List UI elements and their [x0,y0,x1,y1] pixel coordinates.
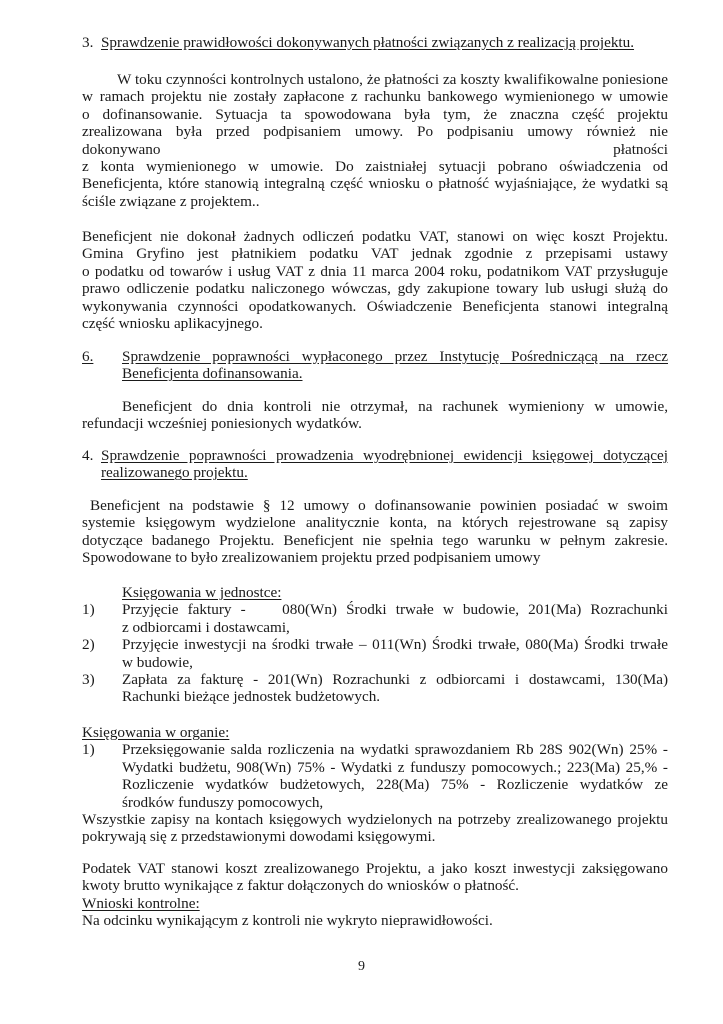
unit-postings: Księgowania w jednostce: 1) Przyjęcie fa… [82,584,668,706]
text-line: zrealizowana była przed podpisaniem umow… [82,123,668,140]
document-page: 3. Sprawdzenie prawidłowości dokonywanyc… [0,0,723,1024]
text-line: prawo odliczenie podatku naliczonego wów… [82,280,668,297]
text-line: W toku czynności kontrolnych ustalono, ż… [82,71,668,88]
text-line: ściśle związane z projektem.. [82,193,668,210]
text-line: Przyjęcie faktury - 080(Wn) Środki trwał… [122,601,668,618]
list-number: 2) [82,636,95,653]
text-line: z odbiorcami i dostawcami, [122,619,668,636]
section-4-title-line: realizowanego projektu. [101,464,248,481]
organ-postings: Księgowania w organie: 1) Przeksięgowani… [82,724,668,846]
section-6-number: 6. [82,348,93,365]
text-line: pokrywają się z przedstawionymi dowodami… [82,828,668,845]
text-line: Zapłata za fakturę - 201(Wn) Rozrachunki… [122,671,668,688]
section-3-paragraph-1: W toku czynności kontrolnych ustalono, ż… [82,71,668,210]
text-line: Spowodowane to było zrealizowaniem proje… [82,549,668,566]
text-line: Wszystkie zapisy na kontach księgowych w… [82,811,668,828]
text-line: wykonywania czynności opodatkowanych. Oś… [82,298,668,315]
text-line: Beneficjent na podstawie § 12 umowy o do… [82,497,668,514]
text-line: Podatek VAT stanowi koszt zrealizowanego… [82,860,668,877]
list-item: 2) Przyjęcie inwestycji na środki trwałe… [82,636,668,671]
text-line: środków funduszy pomocowych, [122,794,668,811]
section-4-number: 4. [82,447,93,464]
text-line: Wydatki budżetu, 908(Wn) 75% - Wydatki z… [122,759,668,776]
text-line: z konta wymienionego w umowie. Do zaistn… [82,158,668,175]
section-4-heading: 4. Sprawdzenie poprawności prowadzenia w… [82,447,668,482]
text-line: Rozliczenie wydatków budżetowych, 228(Ma… [122,776,668,793]
text-line: dokonywano płatności [82,141,668,158]
section-3-title: Sprawdzenie prawidłowości dokonywanych p… [101,34,634,51]
section-6-paragraph: Beneficjent do dnia kontroli nie otrzyma… [82,398,668,433]
text-line: systemie księgowym wydzielone analityczn… [82,514,668,531]
section-4-paragraph: Beneficjent na podstawie § 12 umowy o do… [82,497,668,567]
section-3-paragraph-2: Beneficjent nie dokonał żadnych odliczeń… [82,228,668,332]
text-line: Przyjęcie inwestycji na środki trwałe – … [122,636,668,653]
text-line: w budowie, [122,654,668,671]
text-fragment: płatności [613,141,668,158]
section-6-title-line: Beneficjenta dofinansowania. [122,365,303,382]
section-3-number: 3. [82,34,93,51]
text-line: dotyczące badanego Projektu. Beneficjent… [82,532,668,549]
page-number: 9 [0,958,723,975]
section-4-title-line: Sprawdzenie poprawności prowadzenia wyod… [101,447,668,464]
list-number: 1) [82,601,95,618]
section-3-heading: 3. Sprawdzenie prawidłowości dokonywanyc… [82,34,668,51]
list-item: 1) Przeksięgowanie salda rozliczenia na … [82,741,668,811]
section-6-title-line: Sprawdzenie poprawności wypłaconego prze… [122,348,668,365]
text-line: w ramach projektu nie zostały zapłacone … [82,88,668,105]
text-line: Rachunki bieżące jednostek budżetowych. [122,688,668,705]
text-line: o dofinansowanie. Sytuacja ta spowodowan… [82,106,668,123]
list-item: 1) Przyjęcie faktury - 080(Wn) Środki tr… [82,601,668,636]
text-line: część wniosku aplikacyjnego. [82,315,668,332]
text-line: Przeksięgowanie salda rozliczenia na wyd… [122,741,668,758]
text-line: Beneficjenta, które stanowią integralną … [82,175,668,192]
text-fragment: dokonywano [82,141,160,158]
text-line: kwoty brutto wynikające z faktur dołączo… [82,877,668,894]
text-line: refundacji wcześniej poniesionych wydatk… [82,415,668,432]
text-line: Beneficjent nie dokonał żadnych odliczeń… [82,228,668,245]
text-line: Gmina Gryfino jest płatnikiem podatku VA… [82,245,668,262]
organ-postings-heading: Księgowania w organie: [82,724,229,741]
section-6-heading: 6. Sprawdzenie poprawności wypłaconego p… [82,348,668,383]
list-number: 1) [82,741,95,758]
conclusions-text: Na odcinku wynikającym z kontroli nie wy… [82,912,668,929]
text-line: o podatku od towarów i usług VAT z dnia … [82,263,668,280]
list-number: 3) [82,671,95,688]
conclusions-heading: Wnioski kontrolne: [82,895,200,912]
text-line: Beneficjent do dnia kontroli nie otrzyma… [82,398,668,415]
vat-and-conclusions: Podatek VAT stanowi koszt zrealizowanego… [82,860,668,930]
unit-postings-heading: Księgowania w jednostce: [122,584,281,601]
list-item: 3) Zapłata za fakturę - 201(Wn) Rozrachu… [82,671,668,706]
